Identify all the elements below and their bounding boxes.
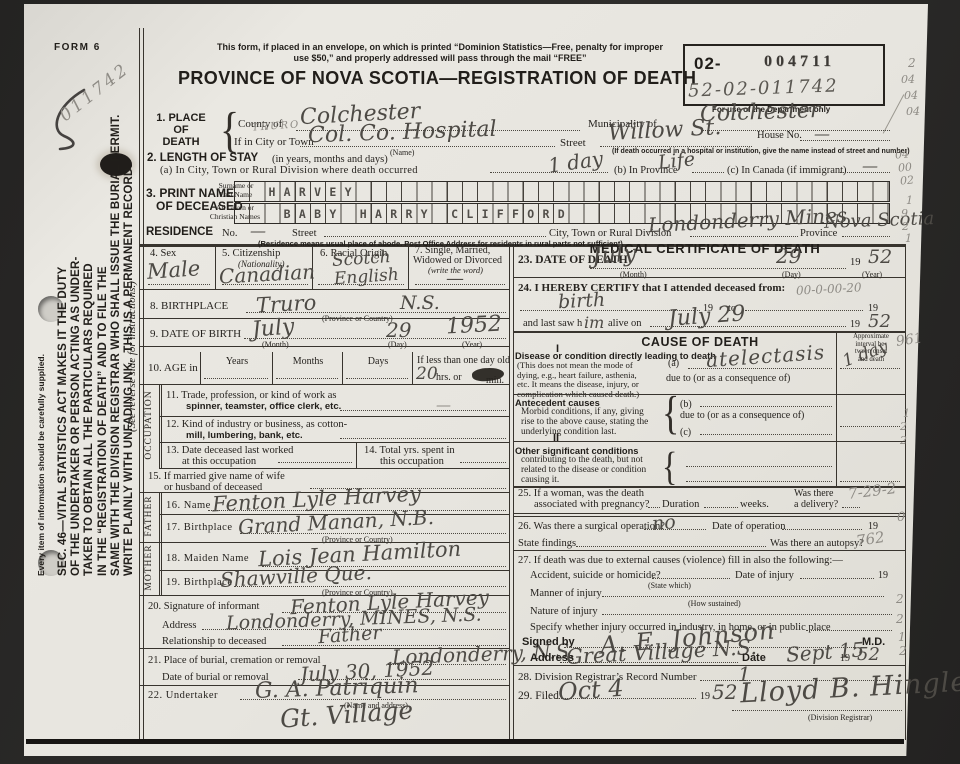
margin-code: 961	[895, 330, 924, 350]
margin-code: 04	[906, 105, 920, 118]
cell-divider	[356, 442, 357, 468]
dotted-line	[732, 710, 902, 711]
q17-label: 17. Birthplace	[166, 522, 232, 533]
signed-year-prefix: 19	[840, 653, 850, 664]
q20-address-label: Address	[162, 620, 196, 631]
dotted-line	[602, 614, 892, 615]
sidebar-reverse-note: (See reverse side for instructions.)	[126, 222, 138, 432]
q2b-value: Life	[657, 148, 696, 174]
occupation-vertical-label: OCCUPATION	[144, 384, 154, 466]
cause-inner-rule	[513, 441, 906, 442]
cause-b-label: (b)	[680, 399, 692, 410]
dotted-line	[692, 172, 724, 173]
margin-code: 1	[898, 630, 906, 644]
dotted-line	[318, 284, 404, 285]
dotted-line	[686, 466, 832, 467]
age-hours-value: 20	[416, 364, 438, 384]
q16-label: 16. Name	[166, 500, 211, 511]
dotted-line	[840, 172, 890, 173]
q13-label-2: at this occupation	[182, 456, 256, 467]
brace-glyph: {	[662, 443, 677, 489]
form-number-label: FORM 6	[54, 42, 101, 53]
page-title: PROVINCE OF NOVA SCOTIA—REGISTRATION OF …	[178, 68, 688, 89]
residence-street-label: Street	[292, 228, 317, 239]
q20-label: 20. Signature of informant	[148, 601, 259, 612]
stamp-prefix: 02-	[694, 54, 722, 74]
q1-label: 1. PLACE OF DEATH	[147, 112, 215, 148]
last-saw-him-value: im	[584, 313, 604, 332]
q24-alive-on-label: alive on	[608, 318, 642, 329]
margin-code: 00	[897, 160, 912, 174]
dotted-line	[686, 481, 832, 482]
margin-code: 2	[908, 56, 916, 70]
stamped-serial-number: 004711	[764, 53, 835, 71]
q27-label: 27. If death was due to external causes …	[518, 555, 843, 566]
residence-no-value: —	[250, 221, 266, 240]
q15-label-1: 15. If married give name of wife	[148, 471, 285, 482]
residence-no-label: No.	[222, 228, 237, 239]
dotted-line	[300, 146, 555, 147]
dotted-line	[560, 662, 738, 663]
dotted-line	[700, 406, 832, 407]
q24-last-saw-label: and last saw h	[523, 318, 582, 329]
father-section-strip: FATHER	[141, 492, 162, 542]
cell-divider	[200, 352, 201, 384]
surname-boxed-letters: HARVEY	[235, 182, 889, 199]
q27-accident-label: Accident, suicide or homicide?	[530, 570, 661, 581]
cause-due-to-1: due to (or as a consequence of)	[666, 373, 790, 384]
residence-label: RESIDENCE	[146, 226, 213, 238]
cause-a-label: (a)	[668, 358, 679, 369]
dotted-line	[340, 410, 506, 411]
q2c-label: (c) In Canada (if immigrant)	[727, 165, 847, 176]
name-sublabel: (Name)	[390, 148, 414, 157]
dotted-line	[415, 284, 505, 285]
sidebar-duty-note: SEC. 46—VITAL STATISTICS ACT MAKES IT TH…	[57, 106, 136, 576]
row-rule	[159, 468, 510, 469]
other-conditions-note: contributing to the death, but not relat…	[521, 456, 676, 485]
q14-label-2: this occupation	[380, 456, 444, 467]
dotted-line	[556, 698, 696, 699]
row-rule	[159, 442, 510, 443]
q25-weeks-label: weeks.	[740, 499, 769, 510]
house-no-label: House No.	[757, 130, 802, 141]
row-rule	[513, 513, 906, 514]
cause-part-two: II	[553, 432, 559, 444]
row-rule	[140, 346, 510, 347]
dotted-line	[576, 546, 766, 547]
q26-pencil-code-1: 0	[897, 510, 905, 525]
q25-delivery-label: a delivery?	[794, 499, 838, 510]
margin-code: 9	[901, 207, 908, 220]
q11-label-1: 11. Trade, profession, or kind of work a…	[166, 390, 337, 401]
dotted-line	[782, 529, 862, 530]
margin-code: 1	[903, 407, 910, 420]
sidebar-supply-note: Every item of information should be care…	[36, 326, 46, 576]
q29-year-prefix: 19	[700, 691, 710, 702]
dotted-line	[688, 368, 832, 369]
dotted-line	[800, 578, 874, 579]
dotted-line	[340, 438, 506, 439]
q29-label: 29. Filed	[518, 690, 559, 702]
q26-date-label: Date of operation	[712, 521, 785, 532]
row-rule	[513, 550, 906, 551]
dotted-line	[652, 578, 730, 579]
dotted-line	[490, 172, 608, 173]
dotted-line	[600, 146, 752, 147]
q26-findings-label: State findings	[518, 538, 576, 549]
surname-comb-boxes: HARVEY	[234, 181, 890, 202]
margin-code: 1	[905, 232, 912, 245]
dotted-line	[700, 434, 832, 435]
occupation-section-strip: OCCUPATION	[141, 384, 162, 468]
q11-value: —	[436, 396, 451, 414]
dotted-line	[690, 236, 798, 237]
q10-label: 10. AGE in	[148, 362, 198, 374]
q27-nature-label: Nature of injury	[530, 606, 598, 617]
row-rule	[140, 289, 510, 290]
dotted-line	[278, 462, 352, 463]
q27-how-sustained-sublabel: (How sustained)	[688, 599, 741, 608]
cell-divider	[342, 352, 343, 384]
dotted-line	[644, 529, 706, 530]
cell-divider	[272, 352, 273, 384]
death-month-value: July	[591, 240, 637, 269]
margin-code: 02	[899, 173, 914, 187]
death-year-value: 52	[868, 246, 892, 268]
father-vertical-label: FATHER	[144, 492, 154, 540]
margin-code: 04	[901, 73, 915, 86]
q27-state-which-sublabel: (State which)	[648, 581, 691, 590]
q21-label: 21. Place of burial, cremation or remova…	[148, 655, 321, 666]
q12-label-1: 12. Kind of industry or business, as cot…	[166, 419, 347, 430]
dotted-line	[842, 507, 860, 508]
street-label: Street	[560, 137, 586, 149]
dotted-line	[204, 378, 268, 379]
last-alive-year-value: 52	[868, 311, 891, 332]
dotted-line	[840, 426, 900, 427]
row-rule	[159, 416, 510, 417]
dotted-line	[148, 284, 210, 285]
scanned-death-registration: 011742 SEC. 46—VITAL STATISTICS ACT MAKE…	[0, 0, 960, 764]
margin-code: 2	[896, 592, 904, 606]
q8-label: 8. BIRTHPLACE	[150, 300, 228, 312]
interval-column-divider	[836, 331, 837, 486]
dotted-line	[602, 596, 884, 597]
q9-day-sublabel: (Day)	[388, 340, 407, 349]
dotted-line	[842, 236, 890, 237]
q9-year-sublabel: (Year)	[462, 340, 482, 349]
q27-manner-label: Manner of injury	[530, 588, 602, 599]
residence-province-value: Nova Scotia	[824, 208, 935, 233]
bottom-heavy-rule	[26, 739, 904, 744]
margin-code: 2	[900, 420, 907, 433]
q22-label: 22. Undertaker	[148, 690, 218, 701]
dotted-line	[244, 338, 506, 339]
q14-label-1: 14. Total yrs. spent in	[364, 445, 455, 456]
q27-date-of-injury-label: Date of injury	[735, 570, 794, 581]
age-hrs-label: hrs. or	[436, 372, 462, 383]
age-years-header: Years	[202, 356, 272, 367]
brace-glyph: {	[220, 100, 239, 159]
age-months-header: Months	[274, 356, 342, 367]
q24-year3-prefix: 19	[850, 319, 860, 330]
birthplace-province-value: N.S.	[400, 292, 440, 314]
birth-year-value: 1952	[445, 312, 502, 340]
dotted-line	[745, 310, 863, 311]
q5-label: 5. Citizenship	[222, 248, 280, 259]
row-rule	[140, 384, 510, 385]
filed-date-value: Oct 4	[557, 674, 624, 707]
birthplace-value: Truro	[255, 290, 316, 317]
q26-label: 26. Was there a surgical operation?	[518, 521, 665, 532]
division-registrar-sublabel: (Division Registrar)	[808, 713, 872, 722]
dotted-line	[222, 284, 308, 285]
margin-code: 04	[904, 89, 918, 102]
dotted-line	[650, 326, 846, 327]
cause-c-label: (c)	[680, 427, 691, 438]
cause-due-to-2: due to (or as a consequence of)	[680, 410, 804, 421]
row-rule	[513, 516, 906, 517]
row-rule	[513, 665, 906, 666]
mailing-note: This form, if placed in an envelope, on …	[200, 42, 680, 64]
row-rule	[513, 277, 906, 278]
sex-value: Male	[146, 256, 201, 284]
dotted-line	[460, 462, 506, 463]
dotted-line	[346, 378, 408, 379]
q2-detail: (in years, months and days)	[272, 154, 388, 165]
q25-label-1: 25. If a woman, was the death	[518, 488, 644, 499]
cell-divider	[408, 246, 409, 289]
brace-glyph: {	[662, 386, 679, 441]
q9-label: 9. DATE OF BIRTH	[150, 328, 241, 340]
q2-label: 2. LENGTH OF STAY	[147, 152, 258, 164]
mother-vertical-label: MOTHER	[144, 542, 154, 593]
dotted-line	[648, 507, 660, 508]
dotted-line	[276, 378, 338, 379]
cause-inner-rule	[513, 394, 906, 395]
mother-section-strip: MOTHER	[141, 542, 162, 595]
margin-code: 1	[906, 194, 913, 207]
q12-label-2: mill, lumbering, bank, etc.	[186, 430, 303, 441]
surgical-operation-value: no	[651, 511, 677, 535]
margin-code: 04	[894, 147, 909, 161]
q11-label-2: spinner, teamster, office clerk, etc.	[186, 401, 341, 412]
death-day-value: 29	[776, 244, 801, 268]
dotted-line	[590, 268, 846, 269]
dotted-line	[704, 507, 738, 508]
filed-year-value: 52	[712, 680, 737, 704]
marital-status-value: —	[446, 268, 464, 289]
margin-code: 2	[896, 612, 904, 626]
cell-divider	[215, 246, 216, 289]
q9-month-sublabel: (Month)	[262, 340, 289, 349]
dotted-line	[806, 630, 892, 631]
cell-divider	[412, 352, 413, 384]
q2a-label: (a) In City, Town or Rural Division wher…	[160, 165, 418, 176]
q26-autopsy-label: Was there an autopsy?	[770, 538, 864, 549]
q13-label-1: 13. Date deceased last worked	[166, 445, 293, 456]
signed-year-value: 52	[857, 644, 880, 665]
q18-label: 18. Maiden Name	[166, 553, 249, 564]
q27-year-prefix: 19	[878, 570, 888, 581]
dotted-line	[240, 533, 506, 534]
antecedent-note: Morbid conditions, if any, giving rise t…	[521, 408, 671, 437]
q23-year-prefix: 19	[850, 257, 861, 268]
signed-pencil-code: 2	[899, 644, 907, 658]
age-days-header: Days	[344, 356, 412, 367]
q20-relationship-label: Relationship to deceased	[162, 636, 266, 647]
dotted-line	[800, 140, 890, 141]
q25-duration-label: Duration	[662, 499, 699, 510]
q25-label-2: associated with pregnancy?	[534, 499, 649, 510]
q21-date-label: Date of burial or removal	[162, 672, 269, 683]
q25-was-there-label: Was there	[794, 488, 833, 499]
dotted-line	[324, 236, 546, 237]
dotted-line	[840, 368, 900, 369]
